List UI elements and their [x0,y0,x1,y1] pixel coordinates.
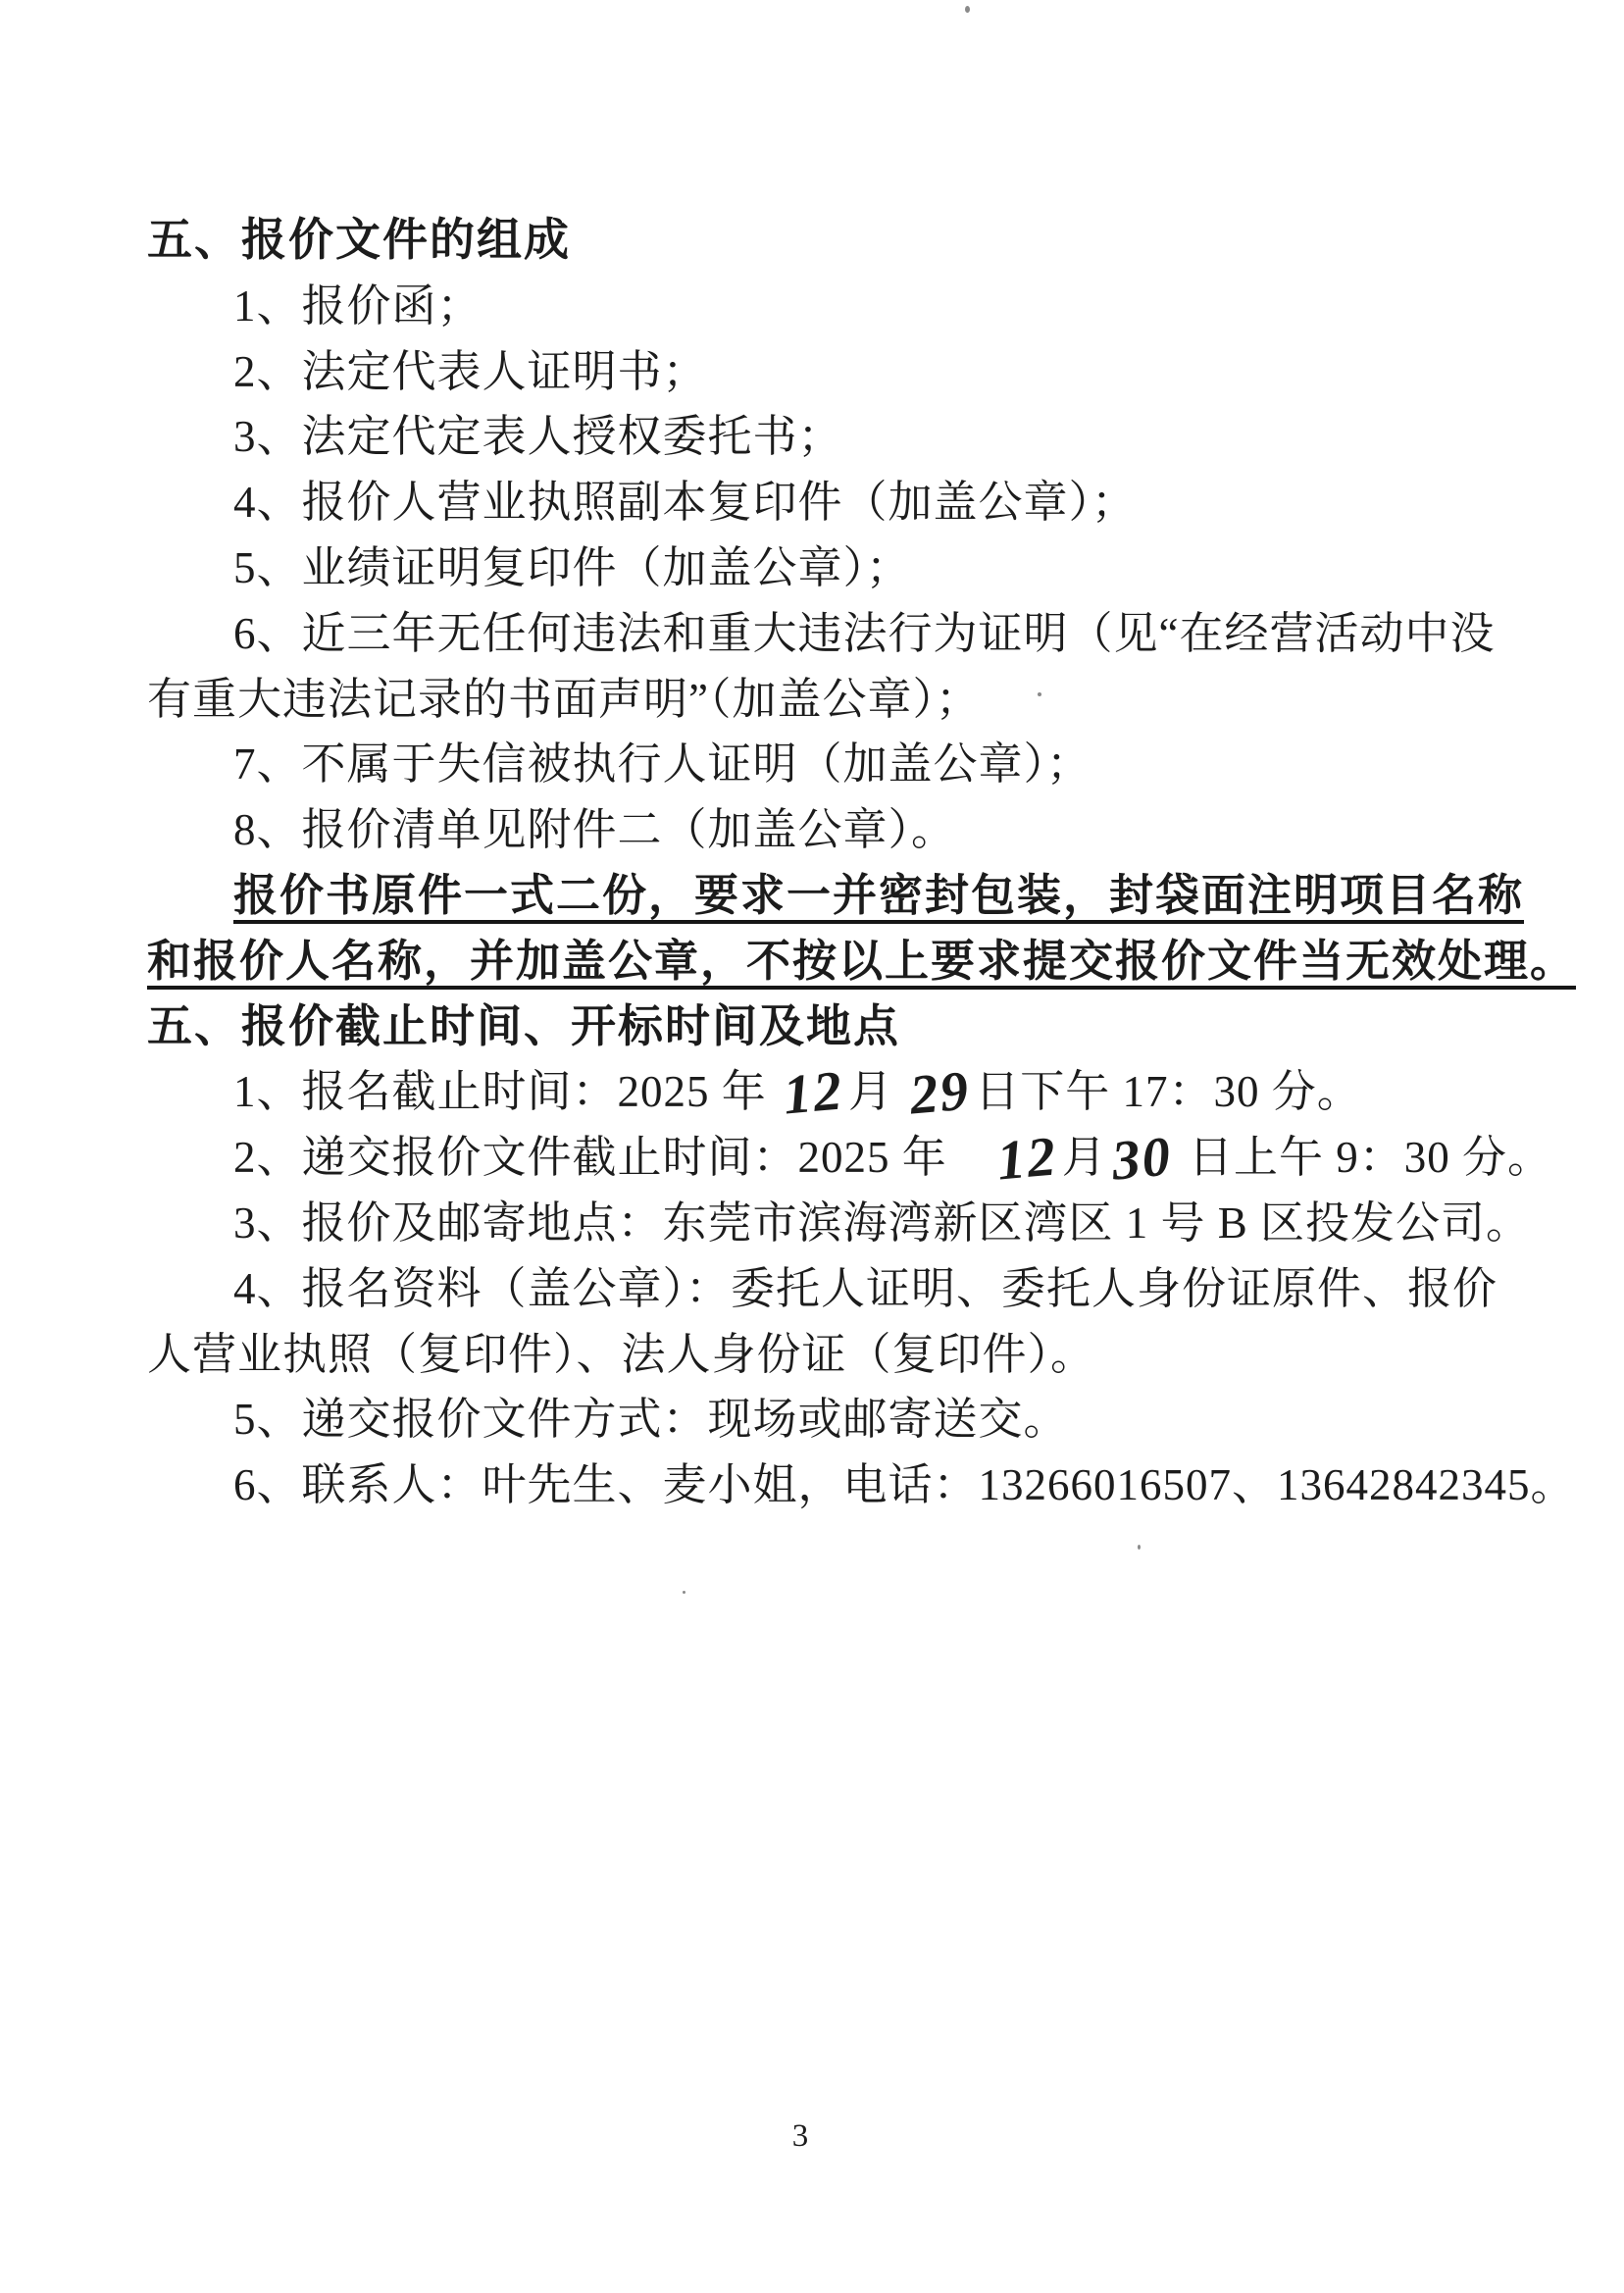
document-line-5: 4、报价人营业执照副本复印件（加盖公章）； [233,470,1487,535]
text-segment: 人营业执照（复印件）、法人身份证（复印件）。 [147,1330,1095,1379]
text-segment: 1、报名截止时间：2025 年 [233,1067,779,1116]
handwritten-date-value: 12 [997,1156,1057,1161]
document-body: 五、报价文件的组成1、报价函；2、法定代表人证明书；3、法定代定表人授权委托书；… [147,208,1487,1518]
document-line-15: 2、递交报价文件截止时间：2025 年 12月30 日上午 9：30 分。 [233,1125,1487,1191]
handwritten-date-value: 29 [910,1092,970,1096]
page-number: 3 [0,2116,1600,2156]
document-line-1: 五、报价文件的组成 [147,208,1487,274]
text-segment: 7、不属于失信被执行人证明（加盖公章）； [233,739,1091,789]
text-segment: 五、报价截止时间、开标时间及地点 [147,1001,900,1051]
document-line-12: 和报价人名称，并加盖公章，不按以上要求提交报价文件当无效处理。 [147,929,1487,994]
text-segment: 4、报名资料（盖公章）：委托人证明、委托人身份证原件、报价 [233,1264,1497,1313]
scan-speck [683,1591,685,1594]
text-segment: 2、法定代表人证明书； [233,347,708,396]
handwritten-date-value: 12 [784,1092,843,1096]
text-segment: 4、报价人营业执照副本复印件（加盖公章）； [233,478,1137,527]
text-segment: 5、递交报价文件方式：现场或邮寄送交。 [233,1395,1069,1444]
text-segment: 1、报价函； [233,281,482,331]
document-line-2: 1、报价函； [233,274,1487,339]
text-segment: 2、递交报价文件截止时间：2025 年 [233,1133,992,1182]
document-line-16: 3、报价及邮寄地点：东莞市滨海湾新区湾区 1 号 B 区投发公司。 [233,1191,1487,1256]
text-segment: 日下午 17：30 分。 [975,1067,1362,1116]
scan-speck [965,6,970,13]
document-line-13: 五、报价截止时间、开标时间及地点 [147,994,1487,1060]
document-line-4: 3、法定代定表人授权委托书； [233,404,1487,470]
text-segment: 5、业绩证明复印件（加盖公章）； [233,543,911,592]
text-segment: 6、近三年无任何违法和重大违法行为证明（见“在经营活动中没 [233,609,1495,658]
scan-speck [1138,1545,1141,1550]
handwritten-date-value: 30 [1112,1156,1172,1161]
document-line-3: 2、法定代表人证明书； [233,339,1487,405]
text-segment: 和报价人名称，并加盖公章，不按以上要求提交报价文件当无效处理。 [147,937,1576,986]
text-segment: 3、法定代定表人授权委托书； [233,412,843,461]
document-line-19: 5、递交报价文件方式：现场或邮寄送交。 [233,1387,1487,1452]
document-line-14: 1、报名截止时间：2025 年 12月 29日下午 17：30 分。 [233,1059,1487,1125]
document-line-9: 7、不属于失信被执行人证明（加盖公章）； [233,732,1487,797]
text-segment: 日上午 9：30 分。 [1177,1133,1552,1182]
document-line-18: 人营业执照（复印件）、法人身份证（复印件）。 [147,1322,1487,1388]
document-line-17: 4、报名资料（盖公章）：委托人证明、委托人身份证原件、报价 [233,1256,1487,1322]
text-segment: 有重大违法记录的书面声明”（加盖公章）； [147,675,981,724]
text-segment: 3、报价及邮寄地点：东莞市滨海湾新区湾区 1 号 B 区投发公司。 [233,1198,1531,1248]
text-segment: 月 [1062,1133,1107,1182]
text-segment: 月 [848,1067,905,1116]
scanned-document-page: 五、报价文件的组成1、报价函；2、法定代表人证明书；3、法定代定表人授权委托书；… [0,0,1624,2293]
text-segment: 6、联系人：叶先生、麦小姐，电话：13266016507、13642842345… [233,1460,1576,1509]
document-line-6: 5、业绩证明复印件（加盖公章）； [233,535,1487,601]
text-segment: 8、报价清单见附件二（加盖公章）。 [233,805,956,854]
document-line-8: 有重大违法记录的书面声明”（加盖公章）； [147,667,1487,733]
document-line-10: 8、报价清单见附件二（加盖公章）。 [233,797,1487,863]
document-line-20: 6、联系人：叶先生、麦小姐，电话：13266016507、13642842345… [233,1452,1487,1518]
document-line-11: 报价书原件一式二份，要求一并密封包装，封袋面注明项目名称 [233,863,1487,929]
document-line-7: 6、近三年无任何违法和重大违法行为证明（见“在经营活动中没 [233,601,1487,667]
text-segment: 报价书原件一式二份，要求一并密封包装，封袋面注明项目名称 [233,871,1524,920]
text-segment: 五、报价文件的组成 [147,215,571,265]
scan-speck [1038,692,1041,696]
